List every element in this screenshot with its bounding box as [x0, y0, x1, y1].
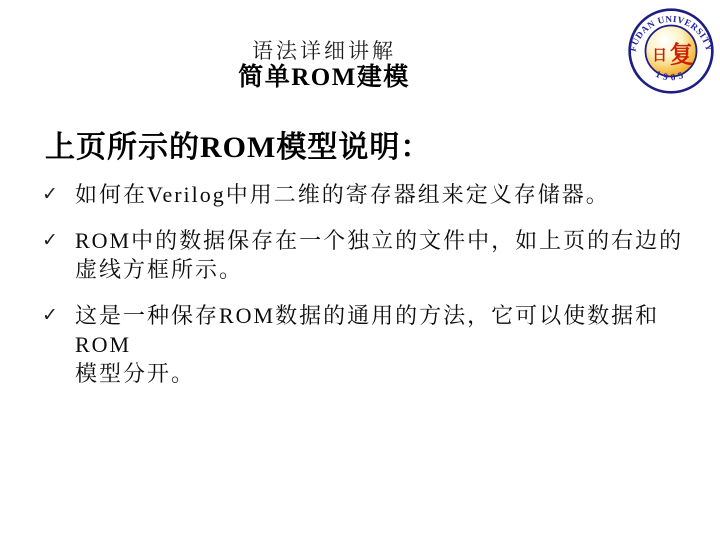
bullet-item: ✓ 这是一种保存ROM数据的通用的方法，它可以使数据和ROM 模型分开。: [42, 301, 702, 388]
seal-emblem-character-right: 复: [670, 40, 694, 68]
bullet-text: 如何在Verilog中用二维的寄存器组来定义存储器。: [75, 180, 610, 209]
title-block: 语法详细讲解 简单ROM建模: [0, 38, 648, 92]
section-heading: 上页所示的ROM模型说明：: [45, 131, 431, 165]
bullet-item: ✓ 如何在Verilog中用二维的寄存器组来定义存储器。: [42, 180, 702, 209]
checkmark-icon: ✓: [42, 226, 75, 255]
bullet-text: 这是一种保存ROM数据的通用的方法，它可以使数据和ROM 模型分开。: [75, 301, 702, 388]
bullet-text: ROM中的数据保存在一个独立的文件中，如上页的右边的 虚线方框所示。: [75, 226, 683, 284]
slide-title: 简单ROM建模: [0, 64, 648, 92]
checkmark-icon: ✓: [42, 301, 75, 330]
checkmark-icon: ✓: [42, 180, 75, 209]
slide: FUDAN UNIVERSITY 1905 日 复 语法详细讲解 简单ROM建模…: [0, 0, 720, 540]
bullet-list: ✓ 如何在Verilog中用二维的寄存器组来定义存储器。 ✓ ROM中的数据保存…: [42, 180, 702, 405]
seal-emblem-character-left: 日: [652, 47, 667, 64]
slide-subtitle: 语法详细讲解: [0, 38, 648, 64]
bullet-item: ✓ ROM中的数据保存在一个独立的文件中，如上页的右边的 虚线方框所示。: [42, 226, 702, 284]
